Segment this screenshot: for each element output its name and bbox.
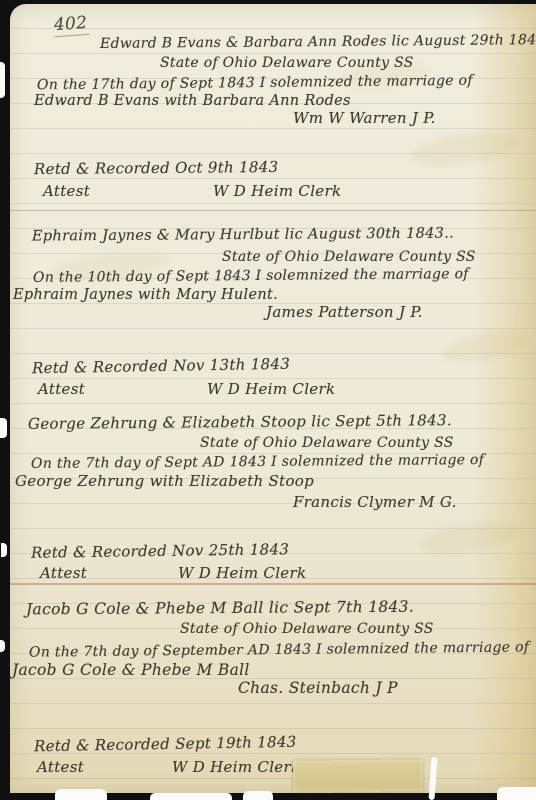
couple-license-line: George Zehrung & Elizabeth Stoop lic Sep… (28, 411, 452, 433)
paper-tear (243, 791, 273, 800)
returned-recorded-line: Retd & Recorded Nov 25th 1843 (31, 540, 289, 562)
clerk-signature: W D Heim Clerk (213, 182, 341, 200)
page-number: 402 (53, 13, 90, 37)
paper-tear (0, 640, 5, 652)
ledger-scan: 402 Edward B Evans & Barbara Ann Rodes l… (0, 0, 536, 800)
clerk-signature: W D Heim Clerk (172, 758, 300, 776)
state-county-line: State of Ohio Delaware County SS (160, 55, 414, 71)
red-divider-rule (10, 583, 536, 585)
document-page: 402 Edward B Evans & Barbara Ann Rodes l… (10, 4, 536, 793)
couple-license-line: Ephraim Jaynes & Mary Hurlbut lic August… (32, 226, 454, 245)
state-county-line: State of Ohio Delaware County SS (200, 435, 454, 451)
officiant-signature: Francis Clymer M G. (293, 493, 457, 511)
returned-recorded-line: Retd & Recorded Oct 9th 1843 (34, 158, 279, 178)
state-county-line: State of Ohio Delaware County SS (222, 249, 476, 265)
attest-label: Attest (40, 564, 87, 582)
entry-divider-rule (10, 210, 536, 211)
officiant-signature: Chas. Steinbach J P (238, 679, 398, 697)
clerk-signature: W D Heim Clerk (207, 380, 335, 398)
attest-label: Attest (38, 380, 85, 398)
clerk-signature: W D Heim Clerk (178, 564, 306, 582)
state-county-line: State of Ohio Delaware County SS (180, 621, 434, 637)
married-names-line: George Zehrung with Elizabeth Stoop (15, 472, 314, 490)
attest-label: Attest (37, 758, 84, 776)
paper-tear (0, 62, 5, 98)
paper-tear (497, 787, 536, 800)
paper-tear (0, 418, 7, 438)
paper-tear (150, 793, 232, 800)
married-names-line: Jacob G Cole & Phebe M Ball (12, 661, 250, 679)
officiant-signature: Wm W Warren J P. (293, 109, 436, 127)
tape-repair (293, 759, 423, 792)
married-names-line: Ephraim Jaynes with Mary Hulent. (13, 287, 278, 303)
couple-license-line: Jacob G Cole & Phebe M Ball lic Sept 7th… (26, 598, 414, 619)
married-names-line: Edward B Evans with Barbara Ann Rodes (34, 93, 351, 109)
paper-tear (1, 543, 7, 557)
attest-label: Attest (43, 182, 90, 200)
paper-tear (55, 789, 107, 800)
officiant-signature: James Patterson J P. (266, 303, 423, 321)
